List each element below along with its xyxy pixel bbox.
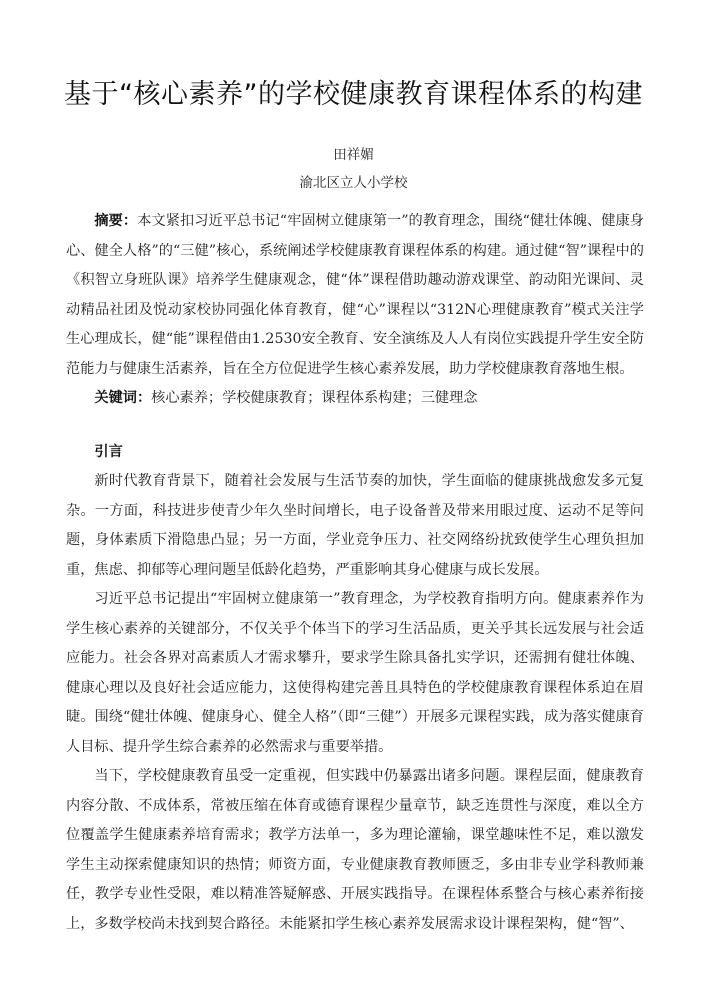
body-paragraph: 习近平总书记提出“牢固树立健康第一”教育理念，为学校教育指明方向。健康素养作为学… bbox=[66, 585, 644, 762]
document-body: 摘要：本文紧扣习近平总书记“牢固树立健康第一”的教育理念，围绕“健壮体魄、健康身… bbox=[66, 207, 644, 939]
keywords-label: 关键词： bbox=[94, 390, 151, 406]
body-paragraph: 新时代教育背景下，随着社会发展与生活节奏的加快，学生面临的健康挑战愈发多元复杂。… bbox=[66, 467, 644, 585]
section-heading-introduction: 引言 bbox=[66, 438, 644, 468]
abstract-text: 本文紧扣习近平总书记“牢固树立健康第一”的教育理念，围绕“健壮体魄、健康身心、健… bbox=[66, 213, 644, 377]
body-paragraph: 当下，学校健康教育虽受一定重视，但实践中仍暴露出诸多问题。课程层面，健康教育内容… bbox=[66, 762, 644, 939]
author-name: 田祥媚 bbox=[0, 143, 707, 163]
document-page: 基于“核心素养”的学校健康教育课程体系的构建 田祥媚 渝北区立人小学校 摘要：本… bbox=[0, 0, 707, 999]
abstract-label: 摘要： bbox=[94, 213, 137, 229]
keywords-paragraph: 关键词：核心素养；学校健康教育；课程体系构建；三健理念 bbox=[66, 384, 644, 414]
author-affiliation: 渝北区立人小学校 bbox=[0, 171, 707, 191]
document-title: 基于“核心素养”的学校健康教育课程体系的构建 bbox=[0, 72, 707, 111]
keywords-text: 核心素养；学校健康教育；课程体系构建；三健理念 bbox=[151, 390, 477, 406]
abstract-paragraph: 摘要：本文紧扣习近平总书记“牢固树立健康第一”的教育理念，围绕“健壮体魄、健康身… bbox=[66, 207, 644, 384]
